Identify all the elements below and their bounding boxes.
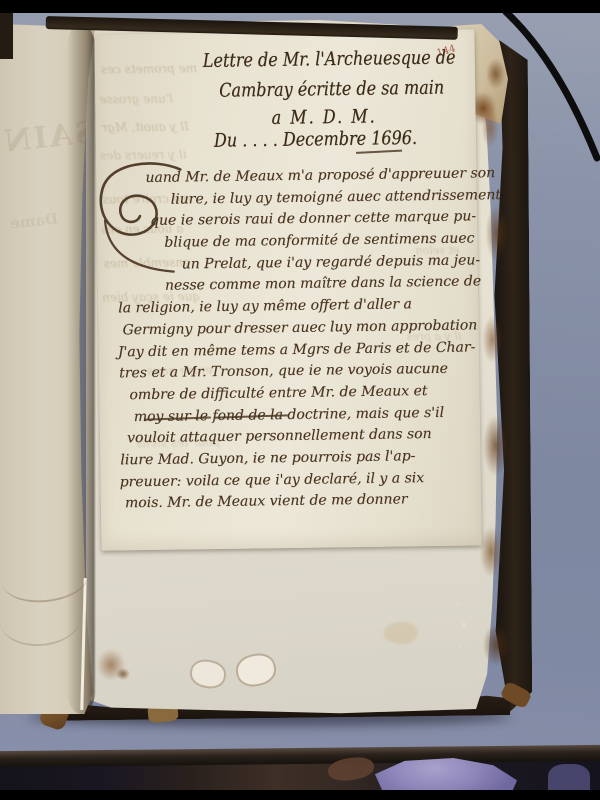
archive-photo: SAIN Dame me promets ces l'une grosse Il… (0, 0, 600, 800)
letterbox-top (0, 0, 600, 13)
letterbox-bottom (0, 790, 600, 800)
power-cable (0, 0, 600, 800)
